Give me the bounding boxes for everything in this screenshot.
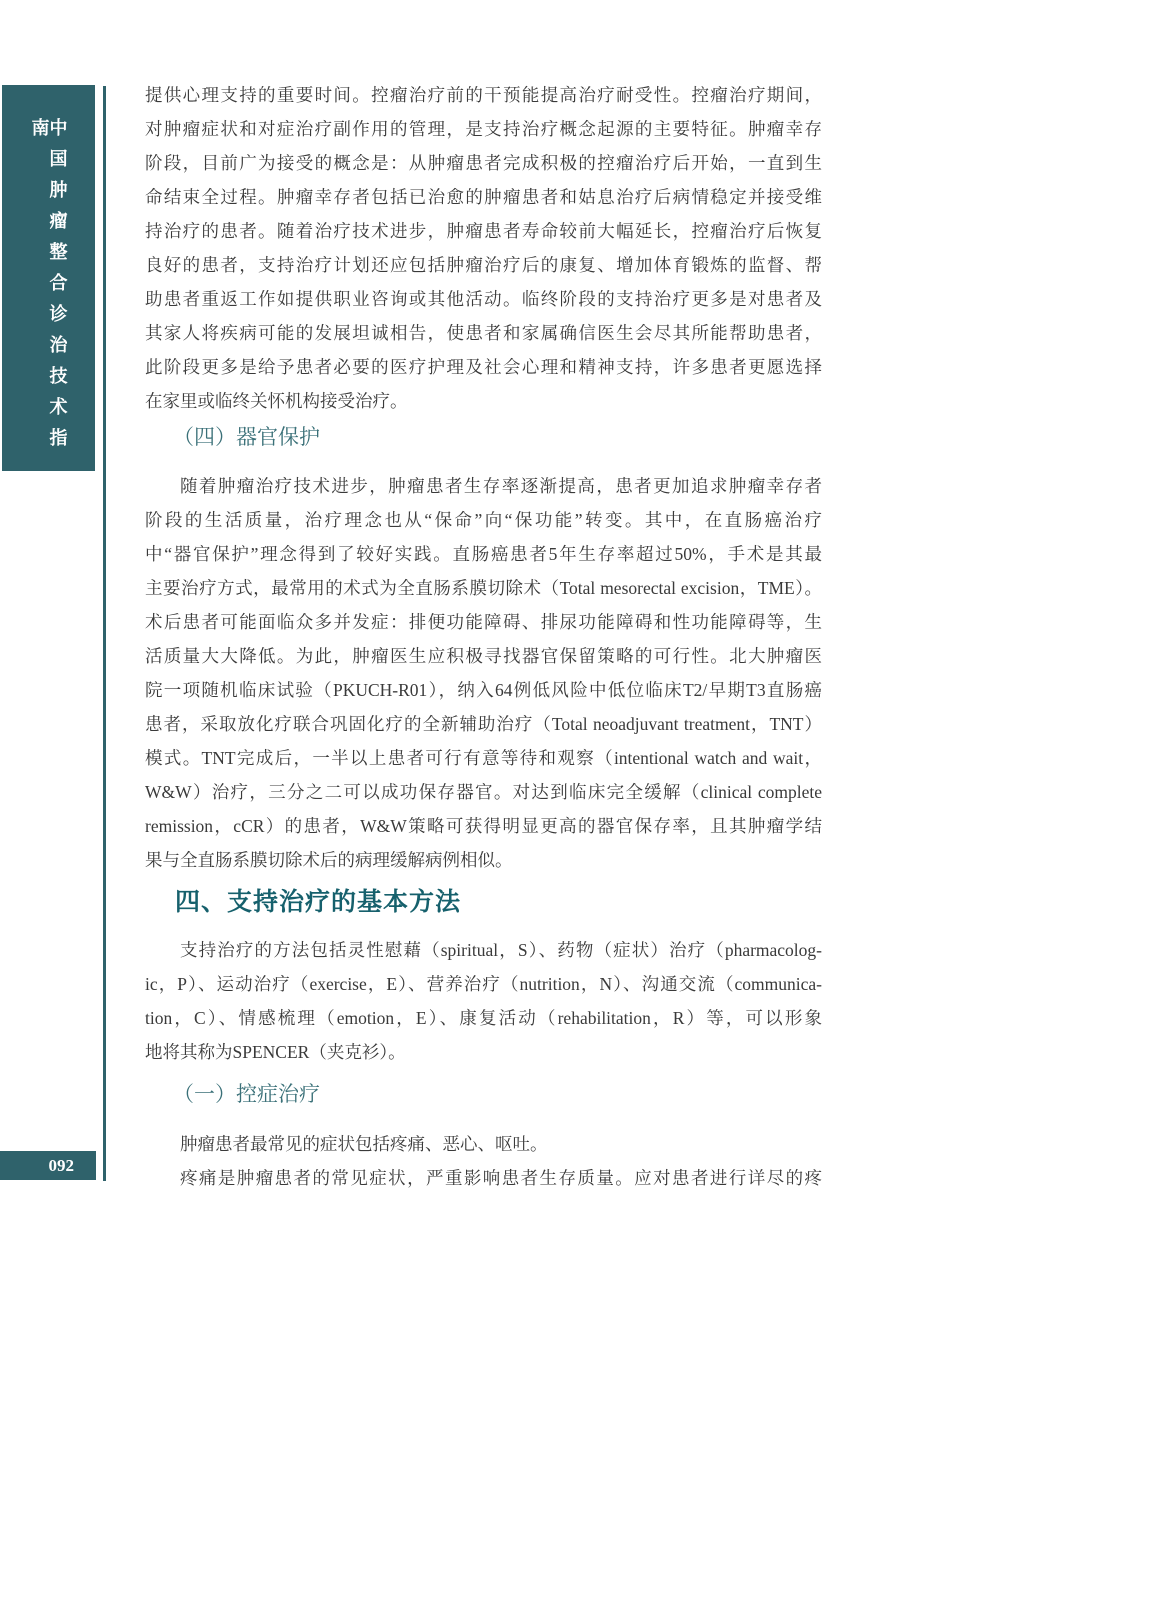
text-line: 此阶段更多是给予患者必要的医疗护理及社会心理和精神支持，许多患者更愿选择 <box>145 350 822 384</box>
text-line: 术后患者可能面临众多并发症：排便功能障碍、排尿功能障碍和性功能障碍等，生 <box>145 605 822 639</box>
text-line: remission，cCR）的患者，W&W策略可获得明显更高的器官保存率，且其肿… <box>145 809 822 843</box>
book-title-vertical: 中国肿瘤整合诊治技术指南 <box>31 118 67 471</box>
paragraph-pain: 疼痛是肿瘤患者的常见症状，严重影响患者生存质量。应对患者进行详尽的疼 <box>145 1161 822 1195</box>
sidebar-spine-banner: 中国肿瘤整合诊治技术指南 <box>2 85 95 471</box>
text-line: 疼痛是肿瘤患者的常见症状，严重影响患者生存质量。应对患者进行详尽的疼 <box>145 1161 822 1195</box>
text-line: 支持治疗的方法包括灵性慰藉（spiritual，S）、药物（症状）治疗（phar… <box>145 933 822 967</box>
text-line: 活质量大大降低。为此，肿瘤医生应积极寻找器官保留策略的可行性。北大肿瘤医 <box>145 639 822 673</box>
text-line: tion，C）、情感梳理（emotion，E）、康复活动（rehabilitat… <box>145 1001 822 1035</box>
text-line: 命结束全过程。肿瘤幸存者包括已治愈的肿瘤患者和姑息治疗后病情稳定并接受维 <box>145 180 822 214</box>
text-line: W&W）治疗，三分之二可以成功保存器官。对达到临床完全缓解（clinical c… <box>145 775 822 809</box>
paragraph-symptom-intro: 肿瘤患者最常见的症状包括疼痛、恶心、呕吐。 <box>145 1127 822 1161</box>
subsection-heading-organ-protection: （四）器官保护 <box>173 425 822 451</box>
section-heading-basic-methods: 四、支持治疗的基本方法 <box>175 886 822 920</box>
text-line: 提供心理支持的重要时间。控瘤治疗前的干预能提高治疗耐受性。控瘤治疗期间， <box>145 78 822 112</box>
text-line: 肿瘤患者最常见的症状包括疼痛、恶心、呕吐。 <box>145 1127 822 1161</box>
text-line: 模式。TNT完成后，一半以上患者可行有意等待和观察（intentional wa… <box>145 741 822 775</box>
subsection-heading-symptom-control: （一）控症治疗 <box>173 1082 822 1108</box>
main-text-column: 提供心理支持的重要时间。控瘤治疗前的干预能提高治疗耐受性。控瘤治疗期间，对肿瘤症… <box>145 78 822 1195</box>
text-line: 主要治疗方式，最常用的术式为全直肠系膜切除术（Total mesorectal … <box>145 571 822 605</box>
text-line: 对肿瘤症状和对症治疗副作用的管理，是支持治疗概念起源的主要特征。肿瘤幸存 <box>145 112 822 146</box>
paragraph-organ-protection: 随着肿瘤治疗技术进步，肿瘤患者生存率逐渐提高，患者更加追求肿瘤幸存者阶段的生活质… <box>145 469 822 877</box>
text-line: 阶段，目前广为接受的概念是：从肿瘤患者完成积极的控瘤治疗后开始，一直到生 <box>145 146 822 180</box>
text-line: 良好的患者，支持治疗计划还应包括肿瘤治疗后的康复、增加体育锻炼的监督、帮 <box>145 248 822 282</box>
text-line: 院一项随机临床试验（PKUCH-R01），纳入64例低风险中低位临床T2/早期T… <box>145 673 822 707</box>
text-line: 随着肿瘤治疗技术进步，肿瘤患者生存率逐渐提高，患者更加追求肿瘤幸存者 <box>145 469 822 503</box>
text-line: ic，P）、运动治疗（exercise，E）、营养治疗（nutrition，N）… <box>145 967 822 1001</box>
text-line: 患者，采取放化疗联合巩固化疗的全新辅助治疗（Total neoadjuvant … <box>145 707 822 741</box>
text-line: 持治疗的患者。随着治疗技术进步，肿瘤患者寿命较前大幅延长，控瘤治疗后恢复 <box>145 214 822 248</box>
document-page: 中国肿瘤整合诊治技术指南 092 提供心理支持的重要时间。控瘤治疗前的干预能提高… <box>0 0 1154 1607</box>
paragraph-support-methods: 支持治疗的方法包括灵性慰藉（spiritual，S）、药物（症状）治疗（phar… <box>145 933 822 1069</box>
text-line: 其家人将疾病可能的发展坦诚相告，使患者和家属确信医生会尽其所能帮助患者， <box>145 316 822 350</box>
text-line: 阶段的生活质量，治疗理念也从“保命”向“保功能”转变。其中，在直肠癌治疗 <box>145 503 822 537</box>
spine-rule <box>103 86 106 1181</box>
text-line: 中“器官保护”理念得到了较好实践。直肠癌患者5年生存率超过50%，手术是其最 <box>145 537 822 571</box>
text-line: 地将其称为SPENCER（夹克衫）。 <box>145 1035 822 1069</box>
page-number-badge: 092 <box>0 1151 96 1180</box>
paragraph-survivorship: 提供心理支持的重要时间。控瘤治疗前的干预能提高治疗耐受性。控瘤治疗期间，对肿瘤症… <box>145 78 822 418</box>
text-line: 果与全直肠系膜切除术后的病理缓解病例相似。 <box>145 843 822 877</box>
text-line: 在家里或临终关怀机构接受治疗。 <box>145 384 822 418</box>
text-line: 助患者重返工作如提供职业咨询或其他活动。临终阶段的支持治疗更多是对患者及 <box>145 282 822 316</box>
